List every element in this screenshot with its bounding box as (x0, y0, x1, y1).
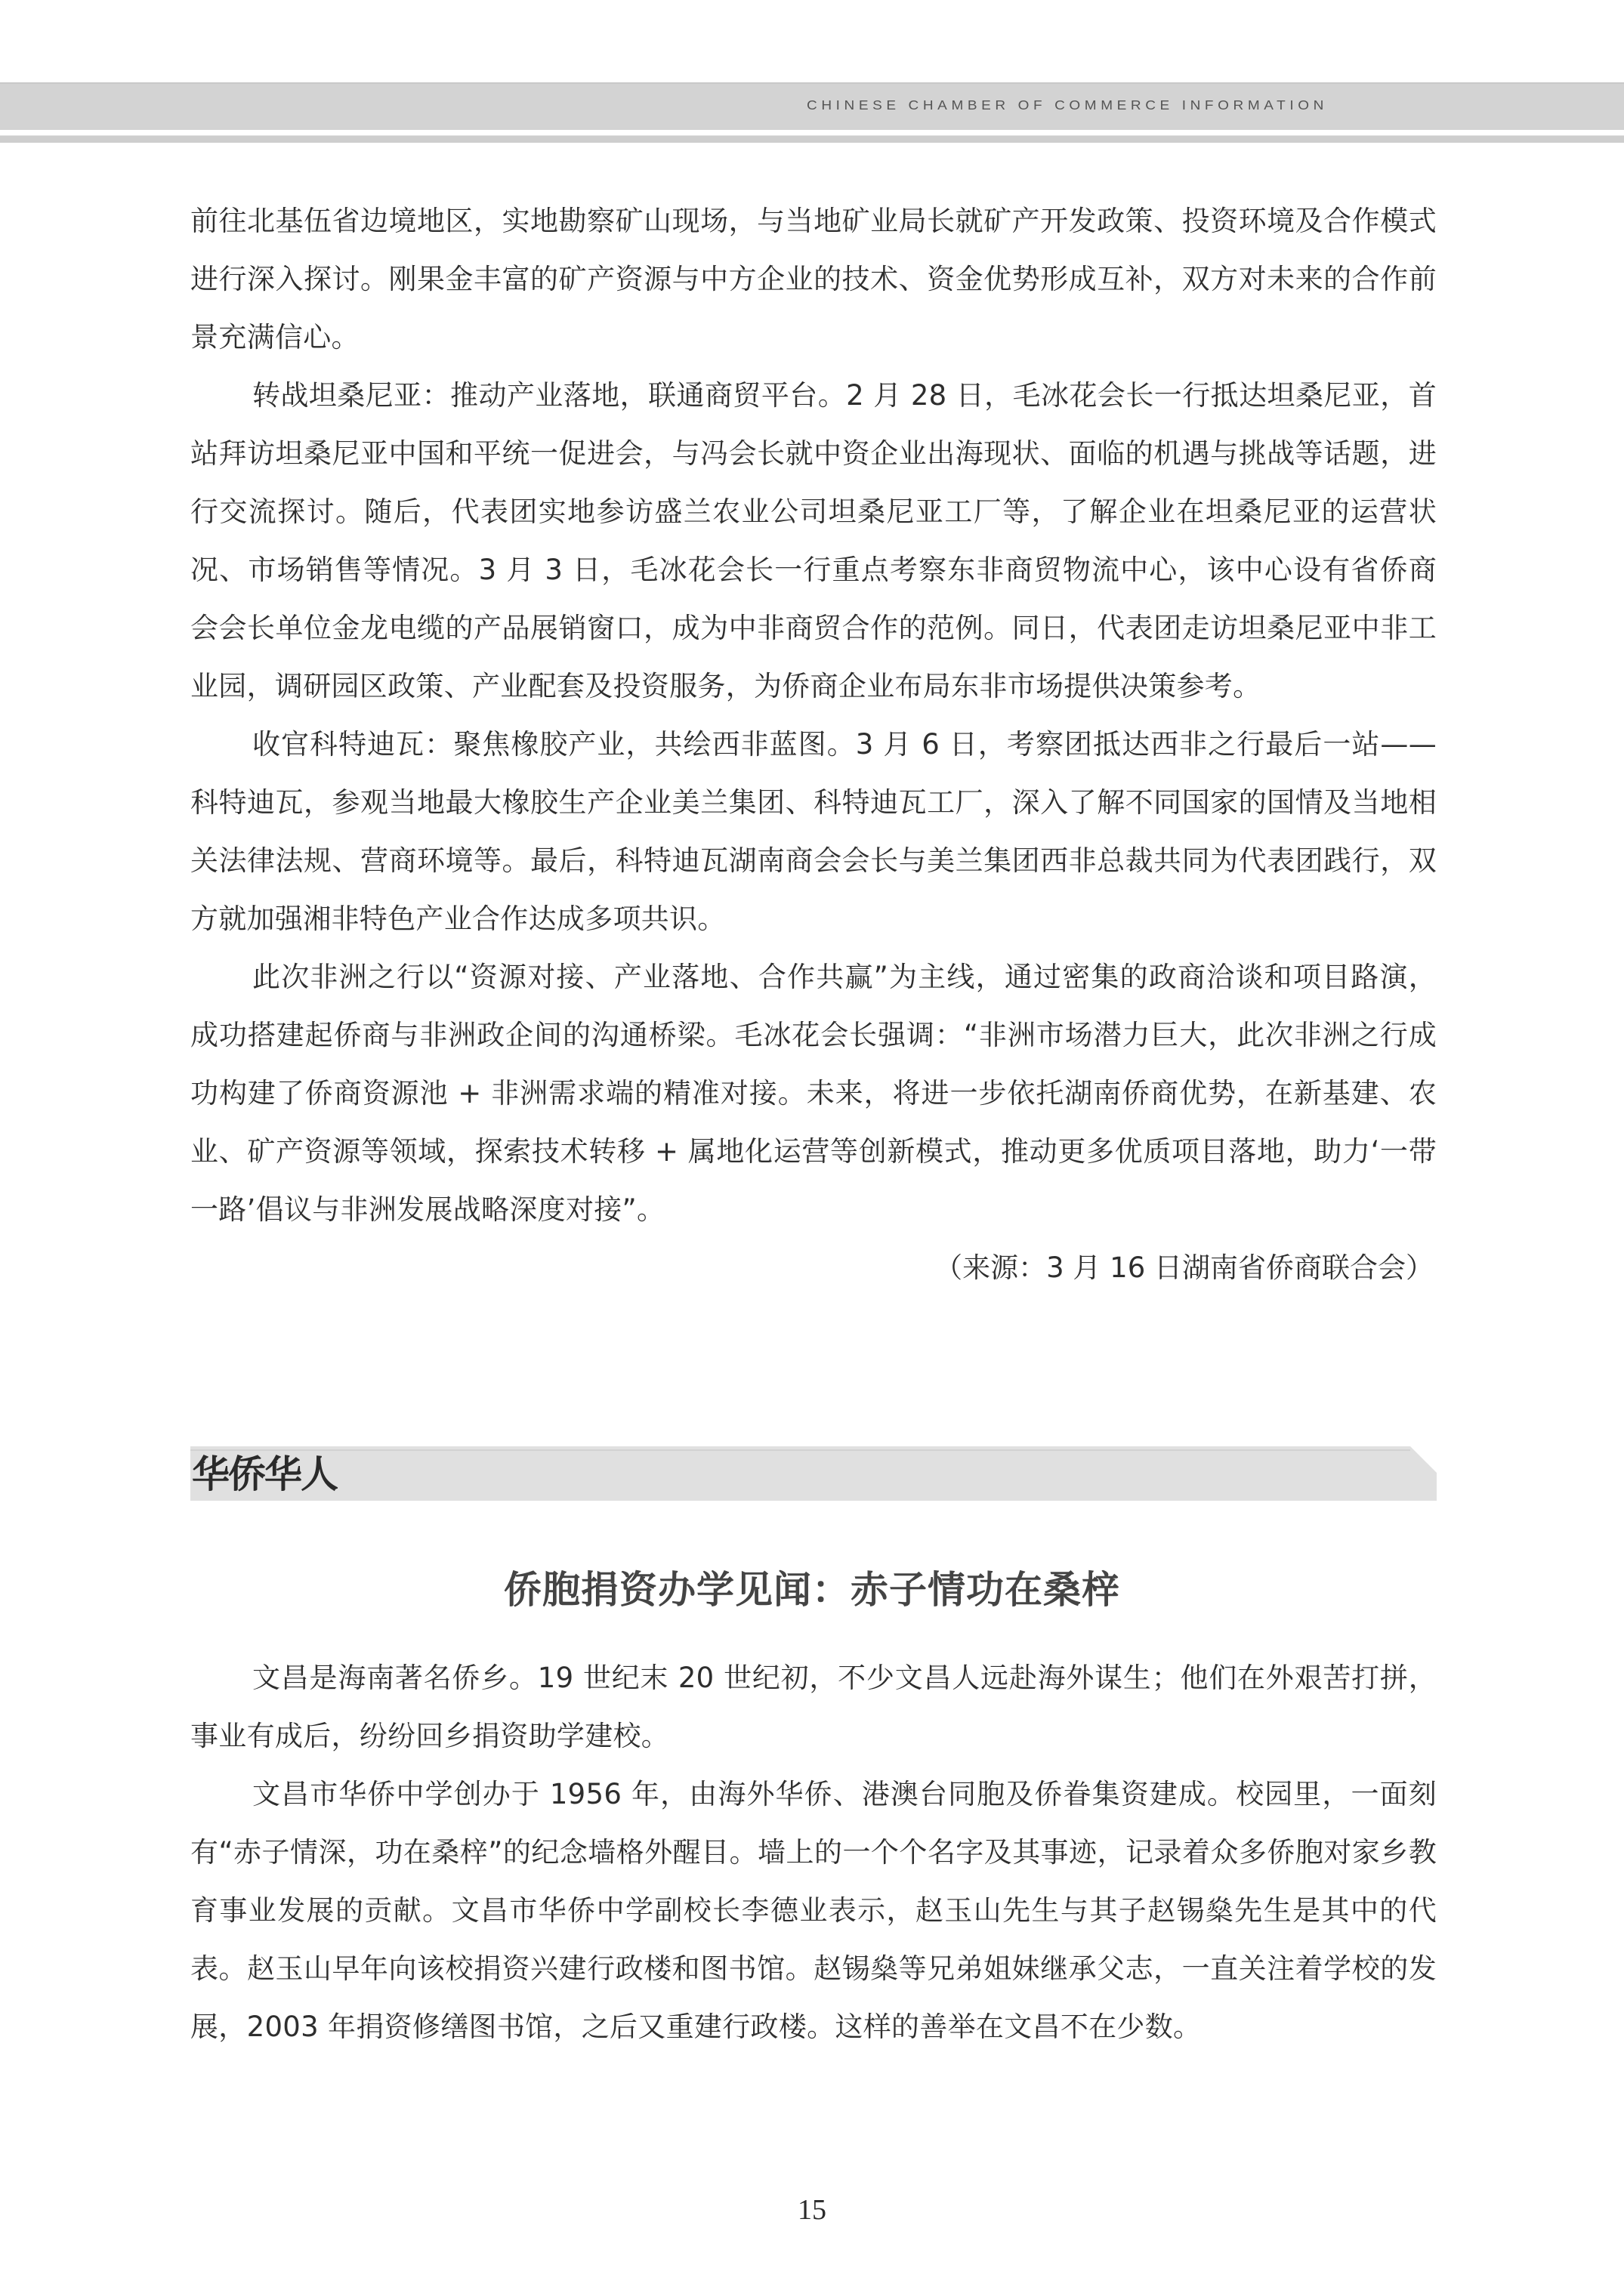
paragraph: 文昌市华侨中学创办于 1956 年，由海外华侨、港澳台同胞及侨眷集资建成。校园里… (190, 1765, 1437, 2056)
banner-top-rule (190, 1449, 1410, 1451)
section-banner: 华侨华人 (190, 1446, 1437, 1501)
running-header-band: CHINESE CHAMBER OF COMMERCE INFORMATION (0, 82, 1624, 130)
publication-title: CHINESE CHAMBER OF COMMERCE INFORMATION (807, 99, 1328, 113)
article-body: 文昌是海南著名侨乡。19 世纪末 20 世纪初，不少文昌人远赴海外谋生；他们在外… (190, 1649, 1437, 2056)
article-continued-body: 前往北基伍省边境地区，实地勘察矿山现场，与当地矿业局长就矿产开发政策、投资环境及… (190, 192, 1437, 1297)
paragraph: 前往北基伍省边境地区，实地勘察矿山现场，与当地矿业局长就矿产开发政策、投资环境及… (190, 192, 1437, 366)
section-title: 华侨华人 (192, 1451, 337, 1498)
article-title: 侨胞捐资办学见闻：赤子情功在桑梓 (0, 1563, 1624, 1616)
source-attribution: （来源：3 月 16 日湖南省侨商联合会） (190, 1239, 1437, 1297)
page-number: 15 (0, 2195, 1624, 2225)
paragraph: 转战坦桑尼亚：推动产业落地，联通商贸平台。2 月 28 日，毛冰花会长一行抵达坦… (190, 366, 1437, 715)
paragraph: 此次非洲之行以“资源对接、产业落地、合作共赢”为主线，通过密集的政商洽谈和项目路… (190, 948, 1437, 1239)
paragraph: 文昌是海南著名侨乡。19 世纪末 20 世纪初，不少文昌人远赴海外谋生；他们在外… (190, 1649, 1437, 1765)
header-divider (0, 135, 1624, 143)
paragraph: 收官科特迪瓦：聚焦橡胶产业，共绘西非蓝图。3 月 6 日，考察团抵达西非之行最后… (190, 715, 1437, 948)
